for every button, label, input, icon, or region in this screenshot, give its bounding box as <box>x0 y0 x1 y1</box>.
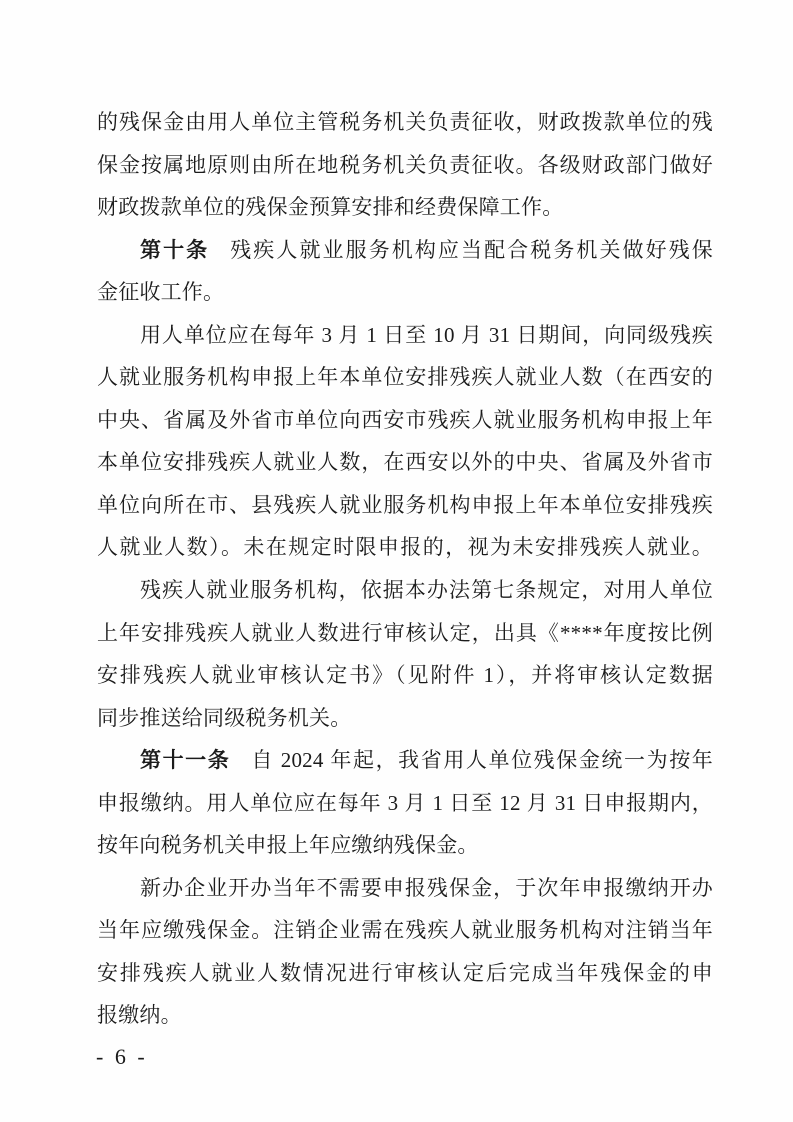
text-line: 人就业人数）。未在规定时限申报的，视为未安排残疾人就业。 <box>97 526 713 569</box>
text-line: 第十一条自 2024 年起，我省用人单位残保金统一为按年 <box>97 739 713 782</box>
text-line: 中央、省属及外省市单位向西安市残疾人就业服务机构申报上年 <box>97 399 713 442</box>
text-line: 本单位安排残疾人就业人数，在西安以外的中央、省属及外省市 <box>97 441 713 484</box>
text-line: 安排残疾人就业审核认定书》（见附件 1），并将审核认定数据 <box>97 654 713 697</box>
paragraph-continuation: 的残保金由用人单位主管税务机关负责征收，财政拨款单位的残 保金按属地原则由所在地… <box>97 101 713 229</box>
document-page: 的残保金由用人单位主管税务机关负责征收，财政拨款单位的残 保金按属地原则由所在地… <box>0 0 793 1122</box>
text-line: 新办企业开办当年不需要申报残保金，于次年申报缴纳开办 <box>97 867 713 910</box>
article-10-number: 第十条 <box>140 238 209 262</box>
text-line: 用人单位应在每年 3 月 1 日至 10 月 31 日期间，向同级残疾 <box>97 314 713 357</box>
text-line: 的残保金由用人单位主管税务机关负责征收，财政拨款单位的残 <box>97 101 713 144</box>
paragraph-audit-confirmation: 残疾人就业服务机构，依据本办法第七条规定，对用人单位 上年安排残疾人就业人数进行… <box>97 569 713 739</box>
text-line: 当年应缴残保金。注销企业需在残疾人就业服务机构对注销当年 <box>97 909 713 952</box>
paragraph-article-10: 第十条残疾人就业服务机构应当配合税务机关做好残保 金征收工作。 <box>97 229 713 314</box>
text-line: 残疾人就业服务机构，依据本办法第七条规定，对用人单位 <box>97 569 713 612</box>
text-line: 财政拨款单位的残保金预算安排和经费保障工作。 <box>97 186 713 229</box>
text-line: 申报缴纳。用人单位应在每年 3 月 1 日至 12 月 31 日申报期内， <box>97 782 713 825</box>
text-line: 报缴纳。 <box>97 994 713 1037</box>
text-line: 保金按属地原则由所在地税务机关负责征收。各级财政部门做好 <box>97 144 713 187</box>
text-line: 单位向所在市、县残疾人就业服务机构申报上年本单位安排残疾 <box>97 484 713 527</box>
page-number: - 6 - <box>96 1044 148 1070</box>
paragraph-declaration-period: 用人单位应在每年 3 月 1 日至 10 月 31 日期间，向同级残疾 人就业服… <box>97 314 713 569</box>
text-line: 上年安排残疾人就业人数进行审核认定，出具《****年度按比例 <box>97 612 713 655</box>
text-line: 安排残疾人就业人数情况进行审核认定后完成当年残保金的申 <box>97 952 713 995</box>
text-line: 按年向税务机关申报上年应缴纳残保金。 <box>97 824 713 867</box>
text-line: 同步推送给同级税务机关。 <box>97 697 713 740</box>
article-11-text: 自 2024 年起，我省用人单位残保金统一为按年 <box>251 748 713 772</box>
document-body: 的残保金由用人单位主管税务机关负责征收，财政拨款单位的残 保金按属地原则由所在地… <box>97 101 713 1037</box>
article-11-number: 第十一条 <box>140 748 230 772</box>
text-line: 金征收工作。 <box>97 271 713 314</box>
paragraph-article-11: 第十一条自 2024 年起，我省用人单位残保金统一为按年 申报缴纳。用人单位应在… <box>97 739 713 867</box>
article-10-text: 残疾人就业服务机构应当配合税务机关做好残保 <box>230 238 713 262</box>
paragraph-new-and-deregistered-enterprises: 新办企业开办当年不需要申报残保金，于次年申报缴纳开办 当年应缴残保金。注销企业需… <box>97 867 713 1037</box>
text-line: 人就业服务机构申报上年本单位安排残疾人就业人数（在西安的 <box>97 356 713 399</box>
text-line: 第十条残疾人就业服务机构应当配合税务机关做好残保 <box>97 229 713 272</box>
